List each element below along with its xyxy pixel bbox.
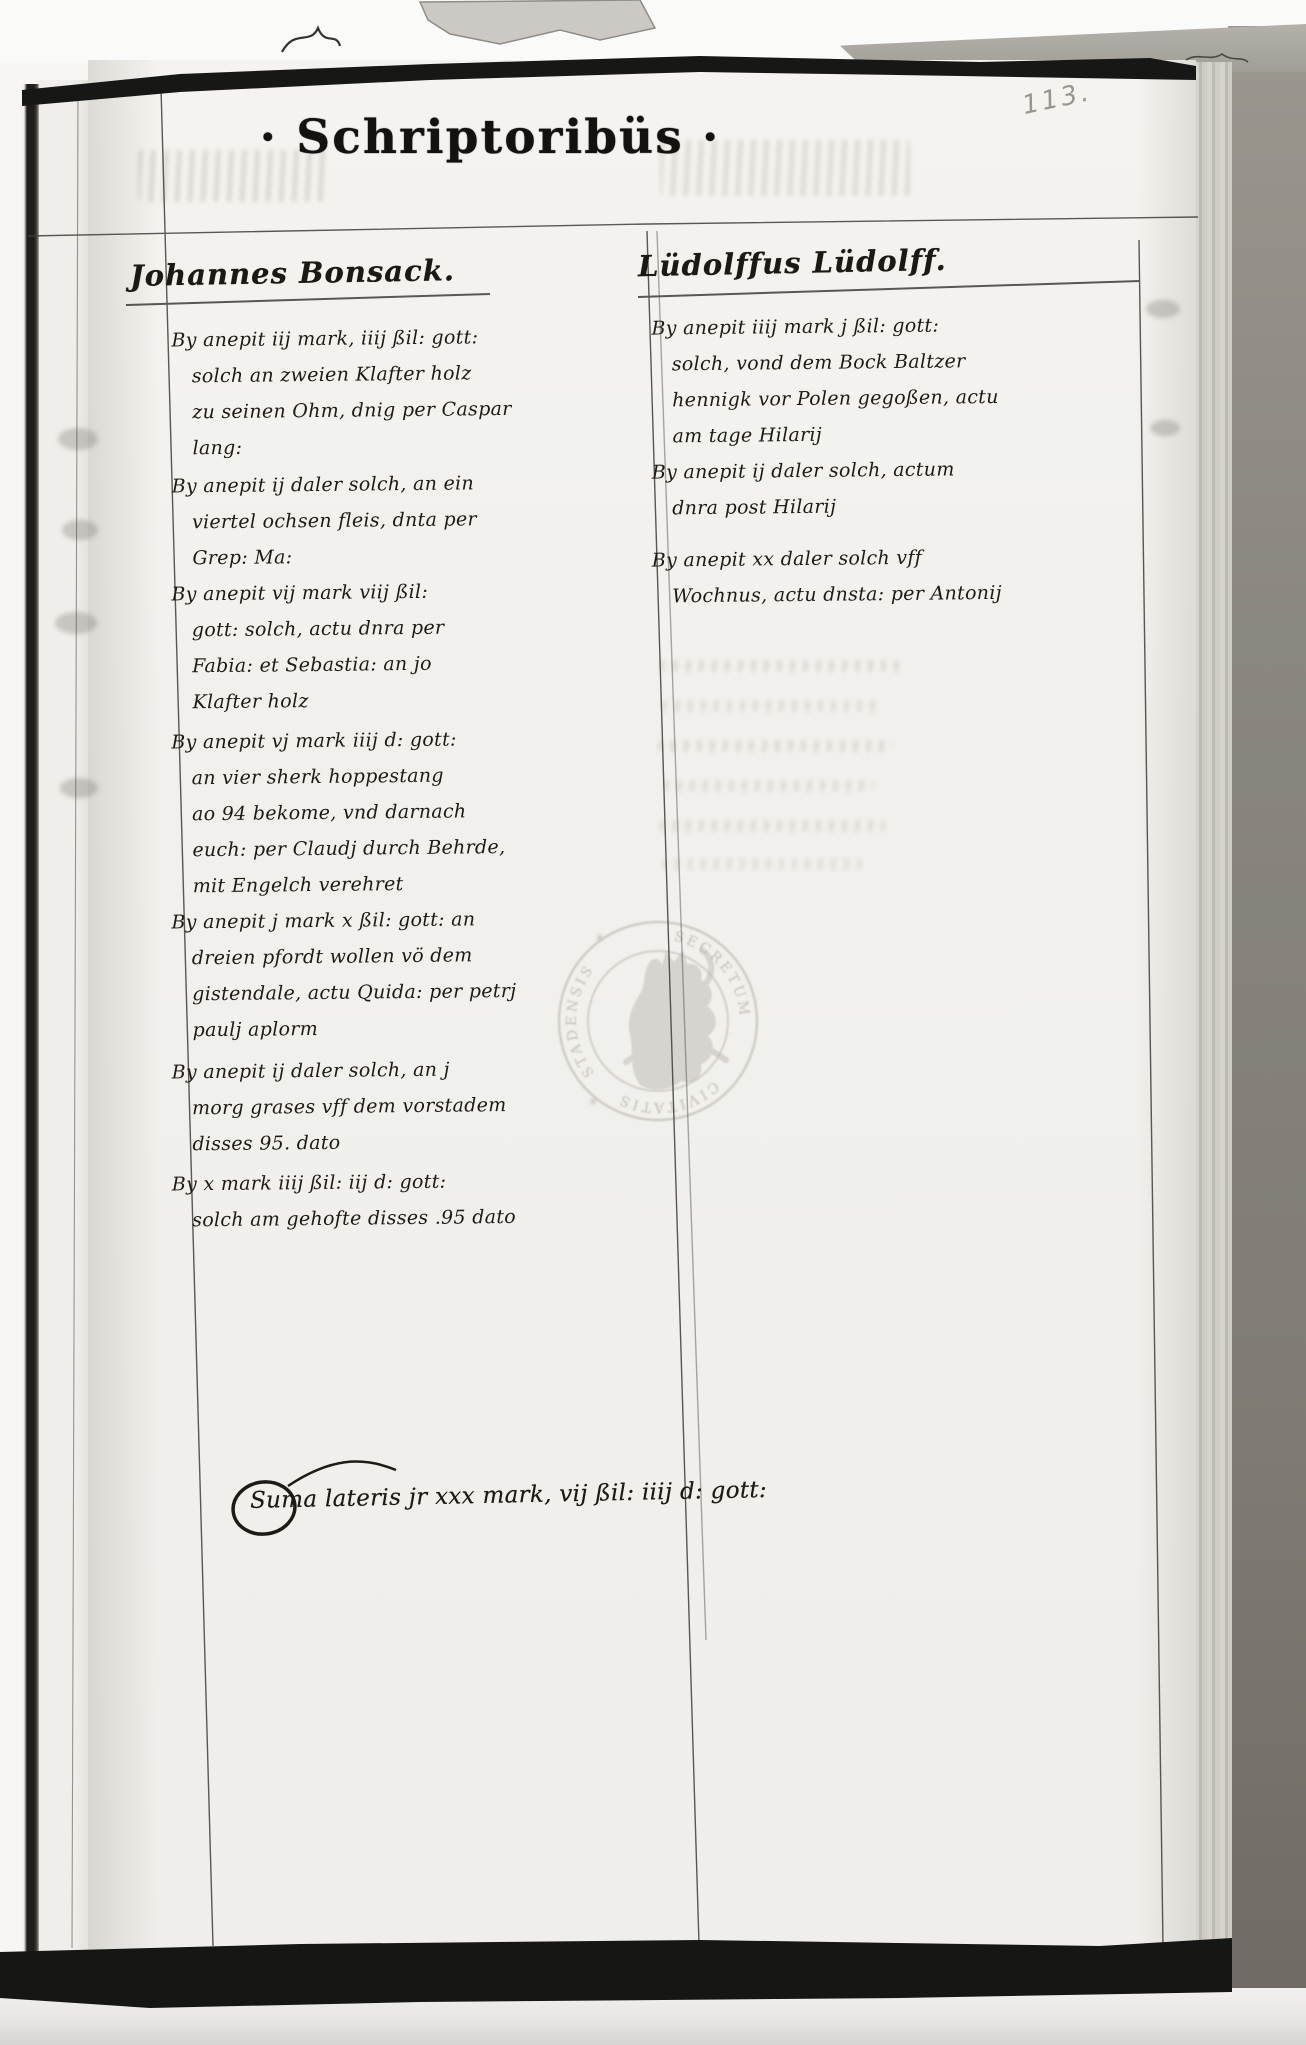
ledger-entry: By anepit ij daler solch, actum dnra pos… [652,449,1143,526]
entry-line: mit Engelch verehret [173,863,653,904]
ledger-entry: By anepit xx daler solch vff Wochnus, ac… [652,537,1143,614]
entry-line: dnra post Hilarij [652,485,1142,526]
title-rule-line [28,217,1198,236]
ledger-entry: By anepit ij daler solch, an j morg gras… [171,1049,652,1162]
entry-line: Grep: Ma: [172,535,652,576]
entry-line: viertel ochsen fleis, dnta per [172,499,652,540]
entry-line: solch, vond dem Bock Baltzer [652,341,1142,382]
entry-line: By anepit iij mark, iiij ßil: gott: [171,317,651,358]
ledger-entry: By anepit j mark x ßil: gott: an dreien … [171,899,652,1048]
edge-ink-squiggle [1186,54,1248,62]
right-column-header: Lüdolffus Lüdolff. [638,243,947,283]
torn-paper-tab [420,0,655,44]
page-fold-line [72,92,78,1948]
entry-line: disses 95. dato [172,1121,652,1162]
entry-line: By anepit ij daler solch, actum [652,449,1142,490]
entry-line: am tage Hilarij [652,413,1142,454]
left-column-header: Johannes Bonsack. [130,253,455,293]
entry-line: hennigk vor Polen gegoßen, actu [652,377,1142,418]
ledger-entry: By anepit ij daler solch, an ein viertel… [171,463,652,576]
entry-line: By anepit vj mark iiij d: gott: [171,719,651,760]
entry-line: Klafter holz [172,679,652,720]
entry-line: By anepit vij mark viij ßil: [171,571,651,612]
entry-line: By anepit xx daler solch vff [652,537,1142,578]
entry-line: gistendale, actu Quida: per petrj [172,971,652,1012]
entry-line: gott: solch, actu dnra per [172,607,652,648]
entry-line: zu seinen Ohm, dnig per Caspar [172,389,652,430]
book-top-edge [22,56,1196,106]
entry-line: By anepit ij daler solch, an ein [171,463,651,504]
entry-line: solch an zweien Klafter holz [172,353,652,394]
page-title: · Schriptoribüs · [253,110,727,165]
entry-line: dreien pfordt wollen vö dem [172,935,652,976]
right-header-underline [638,281,1140,297]
entry-line: By x mark iiij ßil: iij d: gott: [172,1161,652,1202]
entry-line: Wochnus, actu dnsta: per Antonij [652,573,1142,614]
entry-line: By anepit ij daler solch, an j [171,1049,651,1090]
ledger-entry: By anepit vij mark viij ßil: gott: solch… [171,571,652,720]
entry-line: solch am gehofte disses .95 dato [172,1197,652,1238]
manuscript-page-scan: SECRETUM CIVITATIS STADENSIS ✳ ✳ [0,0,1306,2045]
entry-line: morg grases vff dem vorstadem [172,1085,652,1126]
entry-line: By anepit iiij mark j ßil: gott: [651,305,1141,346]
entry-line: euch: per Claudj durch Behrde, [172,827,652,868]
entry-line: paulj aplorm [172,1007,652,1048]
entry-line: Fabia: et Sebastia: an jo [172,643,652,684]
ledger-entry: By anepit vj mark iiij d: gott: an vier … [171,719,653,904]
entry-line: By anepit j mark x ßil: gott: an [171,899,651,940]
entry-line: lang: [172,425,652,466]
left-header-underline [126,294,490,305]
entry-line: ao 94 bekome, vnd darnach [172,791,652,832]
right-margin-rule [1139,240,1163,1946]
marginal-ink-squiggle [282,28,340,52]
ledger-entry: By anepit iiij mark j ßil: gott: solch, … [651,305,1142,454]
ledger-entry: By anepit iij mark, iiij ßil: gott: solc… [171,317,652,466]
ledger-entry: By x mark iiij ßil: iij d: gott: solch a… [172,1161,653,1238]
book-bottom-edge [0,1938,1232,2008]
entry-line: an vier sherk hoppestang [171,755,651,796]
